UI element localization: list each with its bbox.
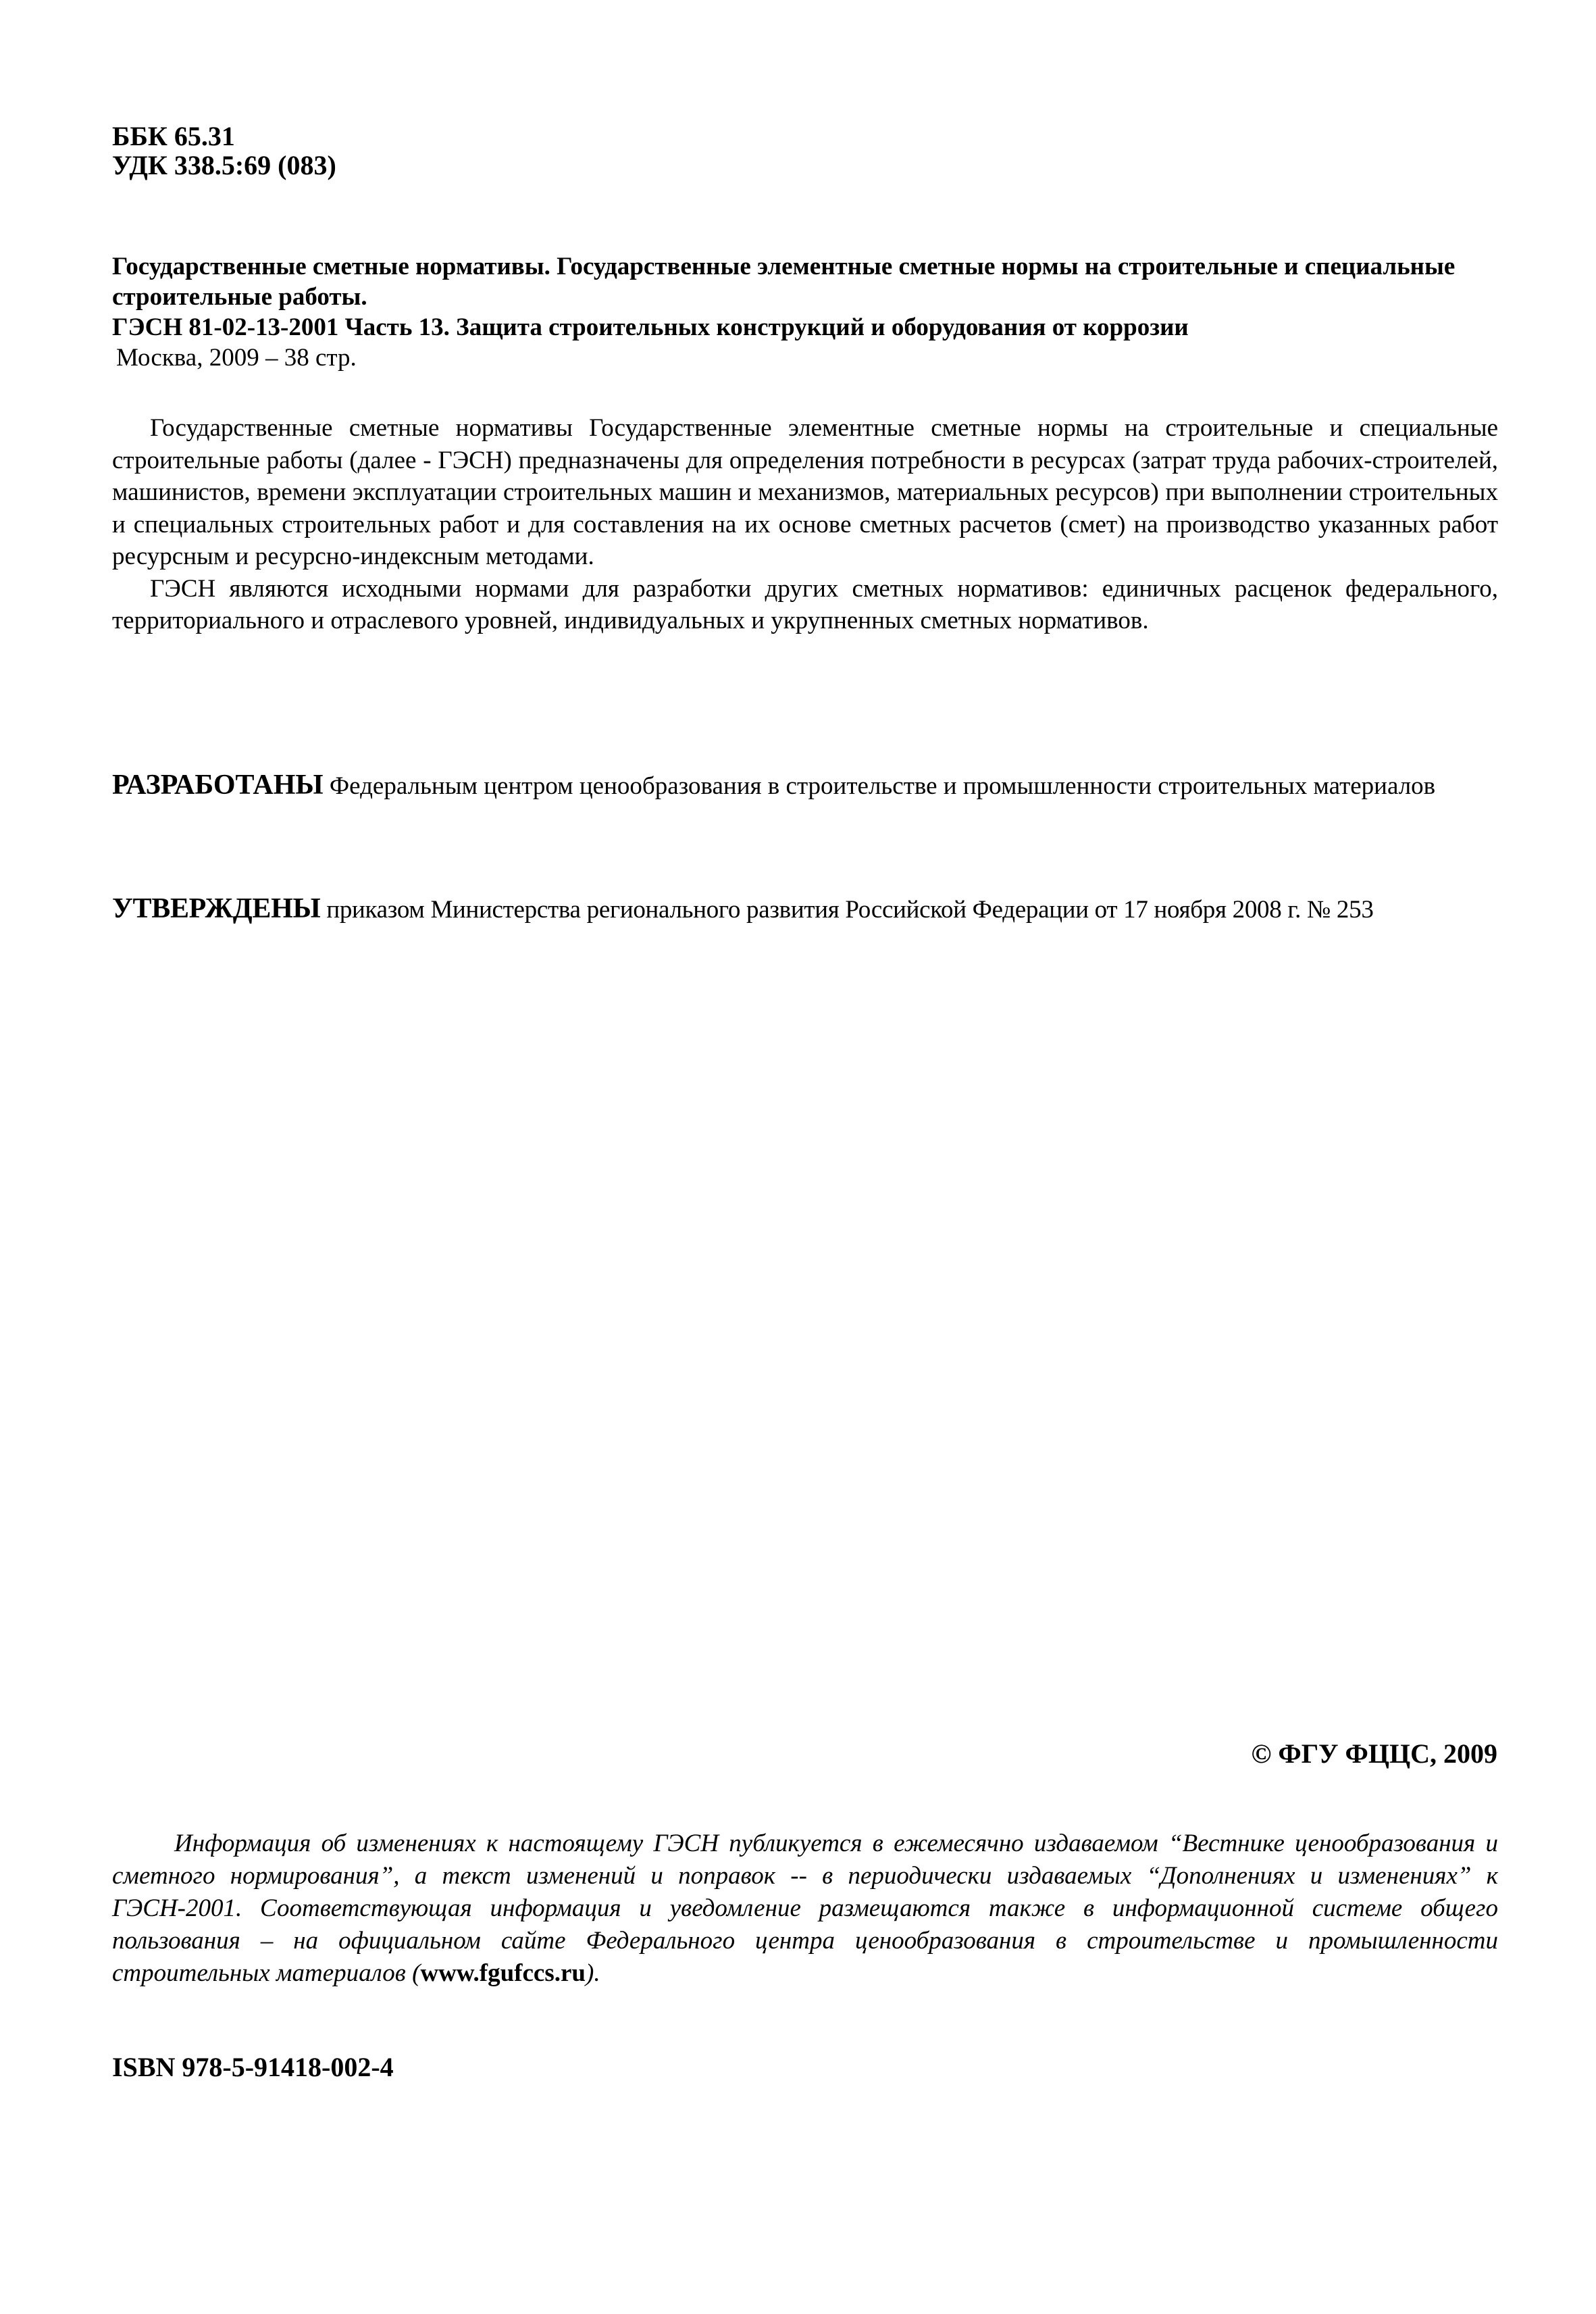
approved-by: УТВЕРЖДЕНЫ приказом Министерства региона… <box>112 892 1498 927</box>
developed-by: РАЗРАБОТАНЫ Федеральным центром ценообра… <box>112 768 1498 803</box>
imprint: Москва, 2009 – 38 стр. <box>112 343 1498 373</box>
developed-label: РАЗРАБОТАНЫ <box>112 770 324 801</box>
udk-code: УДК 338.5:69 (083) <box>112 151 1498 180</box>
abstract-paragraph: ГЭСН являются исходными нормами для разр… <box>112 573 1498 637</box>
series-title: Государственные сметные нормативы. Госуд… <box>112 251 1498 312</box>
abstract-paragraph: Государственные сметные нормативы Госуда… <box>112 412 1498 573</box>
bibliographic-title: Государственные сметные нормативы. Госуд… <box>112 251 1498 373</box>
approved-text: приказом Министерства регионального разв… <box>326 896 1373 924</box>
info-text: Информация об изменениях к настоящему ГЭ… <box>112 1830 1498 1987</box>
classification-codes: ББК 65.31 УДК 338.5:69 (083) <box>112 122 1498 180</box>
bbk-code: ББК 65.31 <box>112 122 1498 151</box>
document-title: ГЭСН 81-02-13-2001 Часть 13. Защита стро… <box>112 312 1498 343</box>
abstract: Государственные сметные нормативы Госуда… <box>112 412 1498 637</box>
developed-text: Федеральным центром ценообразования в ст… <box>330 772 1435 800</box>
isbn: ISBN 978-5-91418-002-4 <box>112 2051 1498 2084</box>
copyright-notice: © ФГУ ФЦЦС, 2009 <box>1251 1738 1497 1770</box>
approved-label: УТВЕРЖДЕНЫ <box>112 893 320 924</box>
info-tail: ). <box>586 1959 600 1987</box>
website-link[interactable]: www.fgufccs.ru <box>420 1959 586 1987</box>
updates-info: Информация об изменениях к настоящему ГЭ… <box>112 1828 1498 1990</box>
